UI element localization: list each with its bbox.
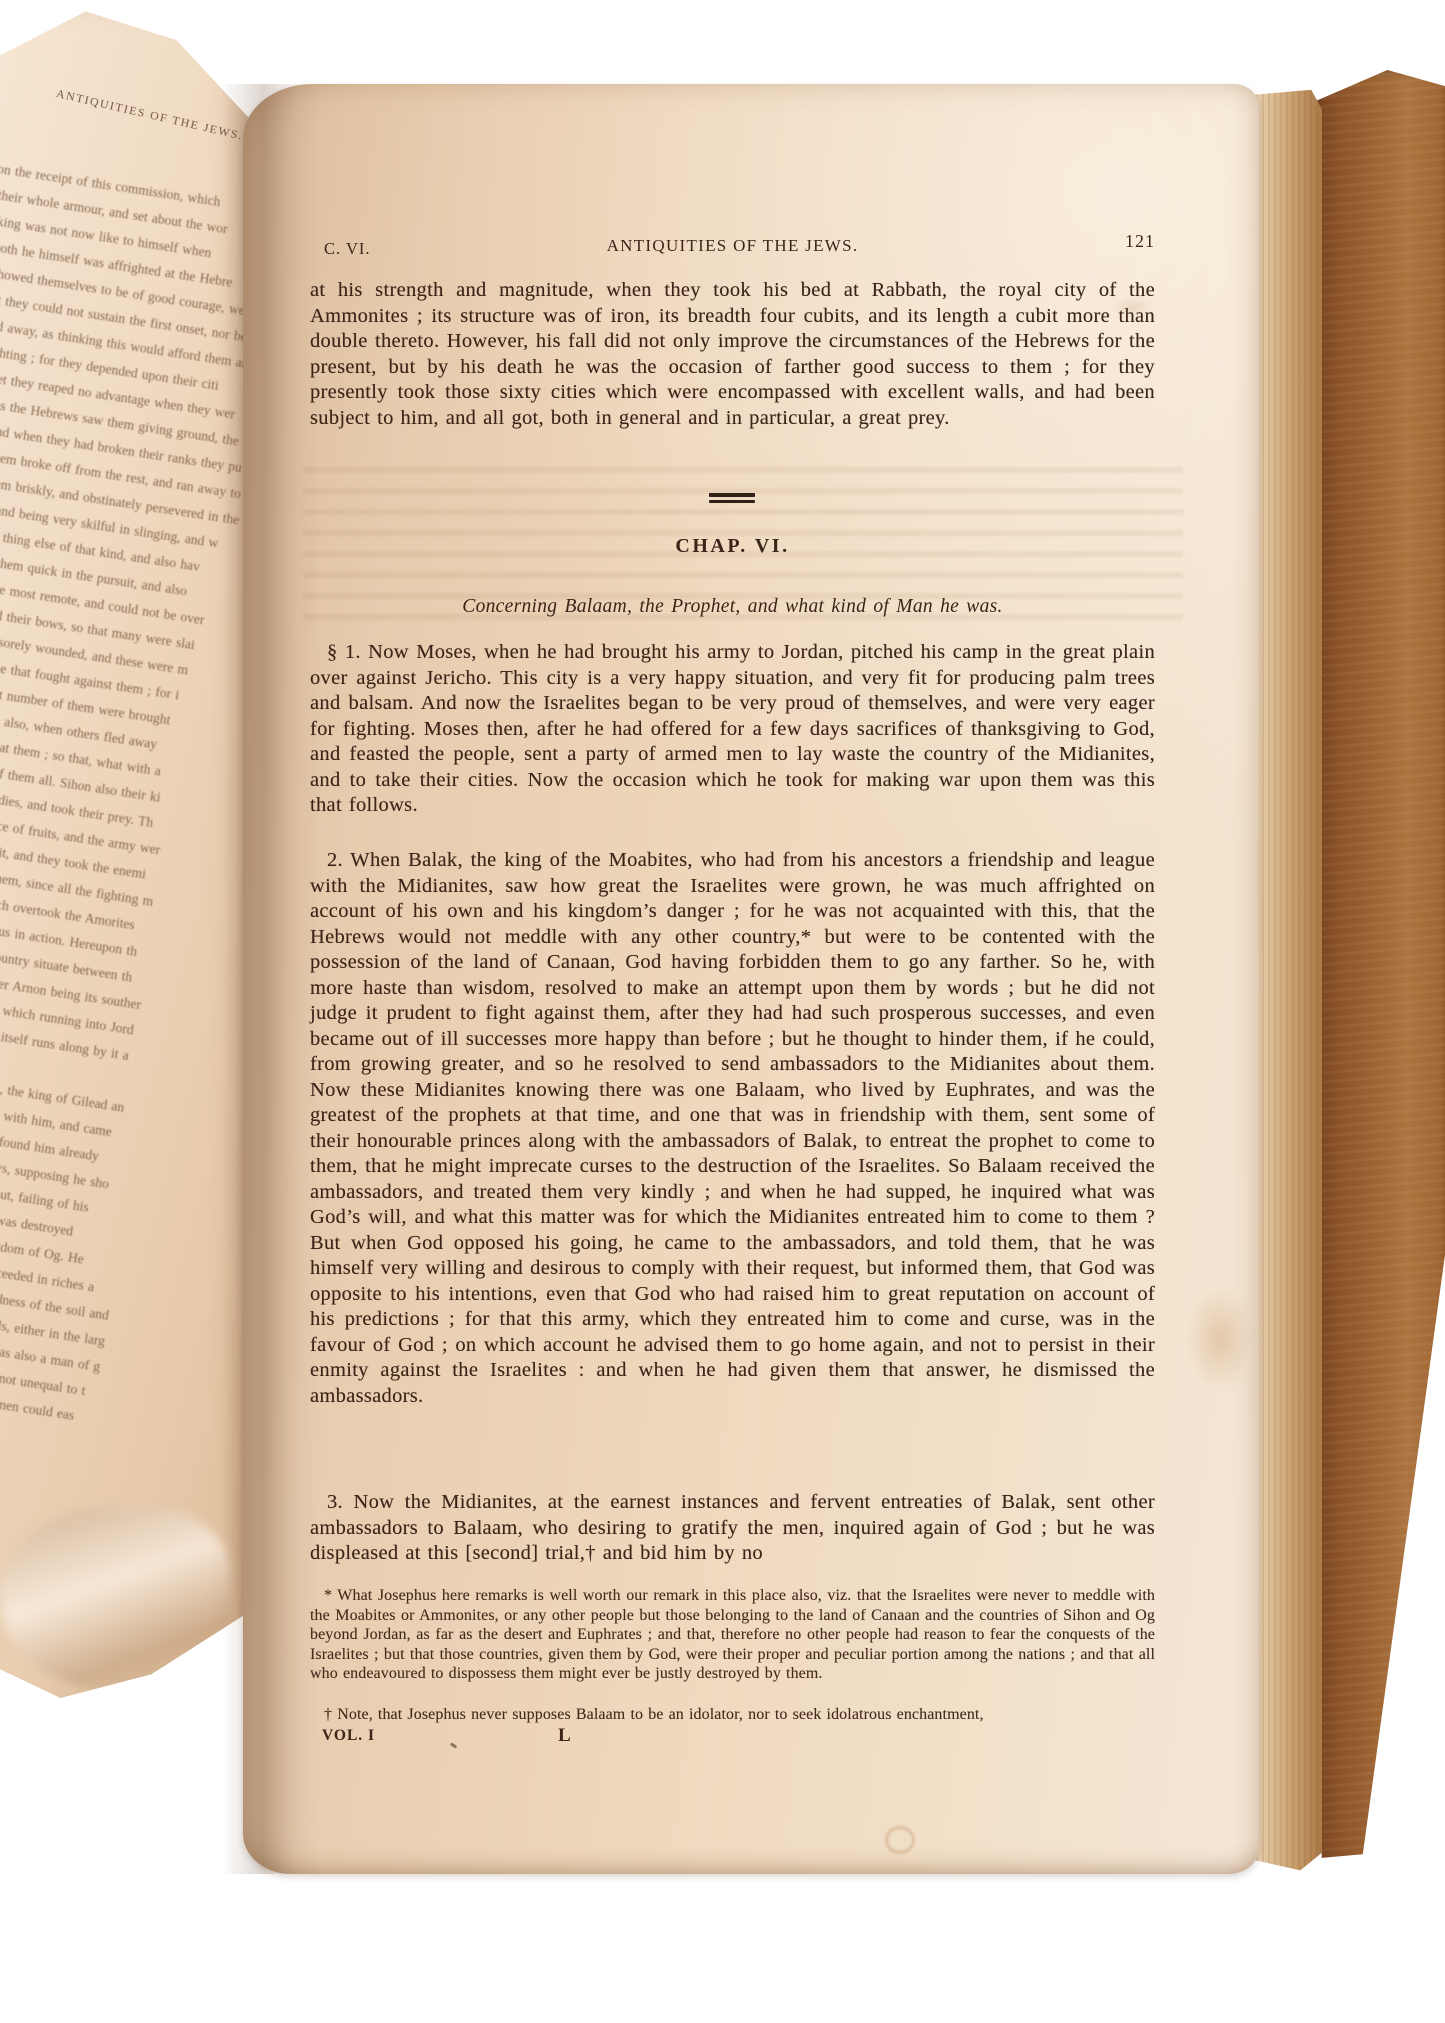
left-page-curl xyxy=(0,1508,230,1693)
right-page: C. VI. ANTIQUITIES OF THE JEWS. 121 at h… xyxy=(243,84,1259,1874)
header-page-number: 121 xyxy=(1125,231,1155,252)
paragraph-section-2: 2. When Balak, the king of the Moabites,… xyxy=(310,848,1155,1409)
chapter-heading: CHAP. VI. xyxy=(310,535,1155,558)
left-page-running-title: ANTIQUITIES OF THE JEWS. xyxy=(55,86,252,159)
volume-label: VOL. I xyxy=(322,1727,375,1745)
ink-speck xyxy=(450,1742,457,1748)
book-fore-edge xyxy=(1250,88,1322,1874)
page-stain xyxy=(1173,1264,1268,1414)
chapter-subtitle: Concerning Balaam, the Prophet, and what… xyxy=(310,596,1155,618)
left-page: ANTIQUITIES OF THE JEWS. upon the receip… xyxy=(0,8,252,1698)
ring-stain xyxy=(885,1826,915,1854)
left-page-text: upon the receipt of this commission, whi… xyxy=(0,154,252,1453)
signature-mark: L xyxy=(558,1725,571,1747)
book-cover-edge xyxy=(1308,70,1445,1865)
section-divider xyxy=(709,493,755,503)
page-header: C. VI. ANTIQUITIES OF THE JEWS. 121 xyxy=(310,236,1155,262)
paragraph-continuation: at his strength and magnitude, when they… xyxy=(310,278,1155,431)
foxing-spot xyxy=(1103,294,1163,320)
open-book-photo: ANTIQUITIES OF THE JEWS. upon the receip… xyxy=(0,0,1445,2023)
divider-bar-top xyxy=(709,493,755,497)
paragraph-section-3: 3. Now the Midianites, at the earnest in… xyxy=(310,1490,1155,1567)
footnote-asterisk: * What Josephus here remarks is well wor… xyxy=(310,1586,1155,1684)
paragraph-section-1: § 1. Now Moses, when he had brought his … xyxy=(310,640,1155,819)
footnote-dagger: † Note, that Josephus never supposes Bal… xyxy=(310,1705,1155,1725)
header-running-title: ANTIQUITIES OF THE JEWS. xyxy=(310,236,1155,256)
divider-bar-bottom xyxy=(709,500,755,503)
